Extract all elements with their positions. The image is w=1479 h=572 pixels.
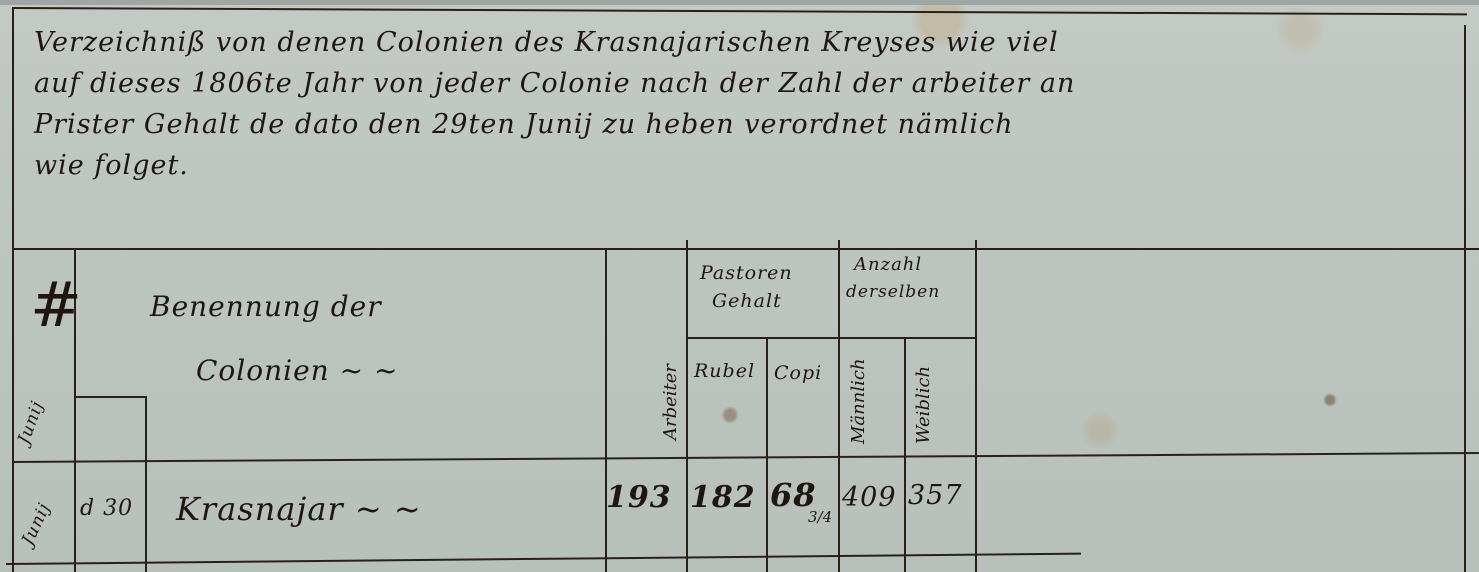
copi-header: Copi [774,362,822,384]
col-rule-male [904,337,906,572]
month-symbol: # [30,268,83,341]
workers-header: Arbeiter [660,364,681,440]
table-top-rule [12,248,1479,250]
intro-line-4: wie folget. [34,145,1464,186]
page-top-edge [0,0,1479,5]
row-bottom-rule [6,553,1081,565]
salary-header-line-1: Pastoren [700,262,793,284]
male-header: Männlich [848,358,869,444]
row-female: 357 [908,480,963,511]
right-margin-rule [1464,25,1466,572]
col-rule-workers [686,240,688,572]
col-rule-name [605,248,607,572]
intro-paragraph: Verzeichniß von denen Colonien des Krasn… [34,22,1464,186]
col-rule-day [145,396,147,572]
document-page: Verzeichniß von denen Colonien des Krasn… [0,0,1479,572]
row-male: 409 [842,482,897,513]
colony-header-line-1: Benennung der [150,290,382,323]
rubel-header: Rubel [694,360,755,382]
col-rule-count [975,240,977,572]
colony-header-line-2: Colonien ~ ~ [196,354,398,387]
row-colony-name: Krasnajar ~ ~ [176,490,422,528]
count-header-line-2: derselben [846,282,940,302]
salary-header-line-2: Gehalt [712,290,782,312]
col-rule-rubel [766,337,768,572]
count-header-line-1: Anzahl [854,254,922,275]
intro-line-1: Verzeichniß von denen Colonien des Krasn… [34,22,1464,63]
row-workers: 193 [606,480,672,515]
row-day: d 30 [80,496,133,521]
row-month: Junij [18,500,55,549]
intro-line-3: Prister Gehalt de dato den 29ten Junij z… [34,104,1464,145]
subheader-rule [686,337,976,339]
top-rule [12,7,1467,15]
female-header: Weiblich [913,366,934,444]
row-copi-fraction: 3/4 [808,508,832,526]
header-bottom-rule [12,452,1479,463]
day-box-rule [76,396,146,398]
intro-line-2: auf dieses 1806te Jahr von jeder Colonie… [34,63,1464,104]
col-rule-salary [838,240,840,572]
row-rubel: 182 [690,480,756,515]
month-header-label: Junij [14,398,48,447]
left-margin-rule [12,7,14,572]
